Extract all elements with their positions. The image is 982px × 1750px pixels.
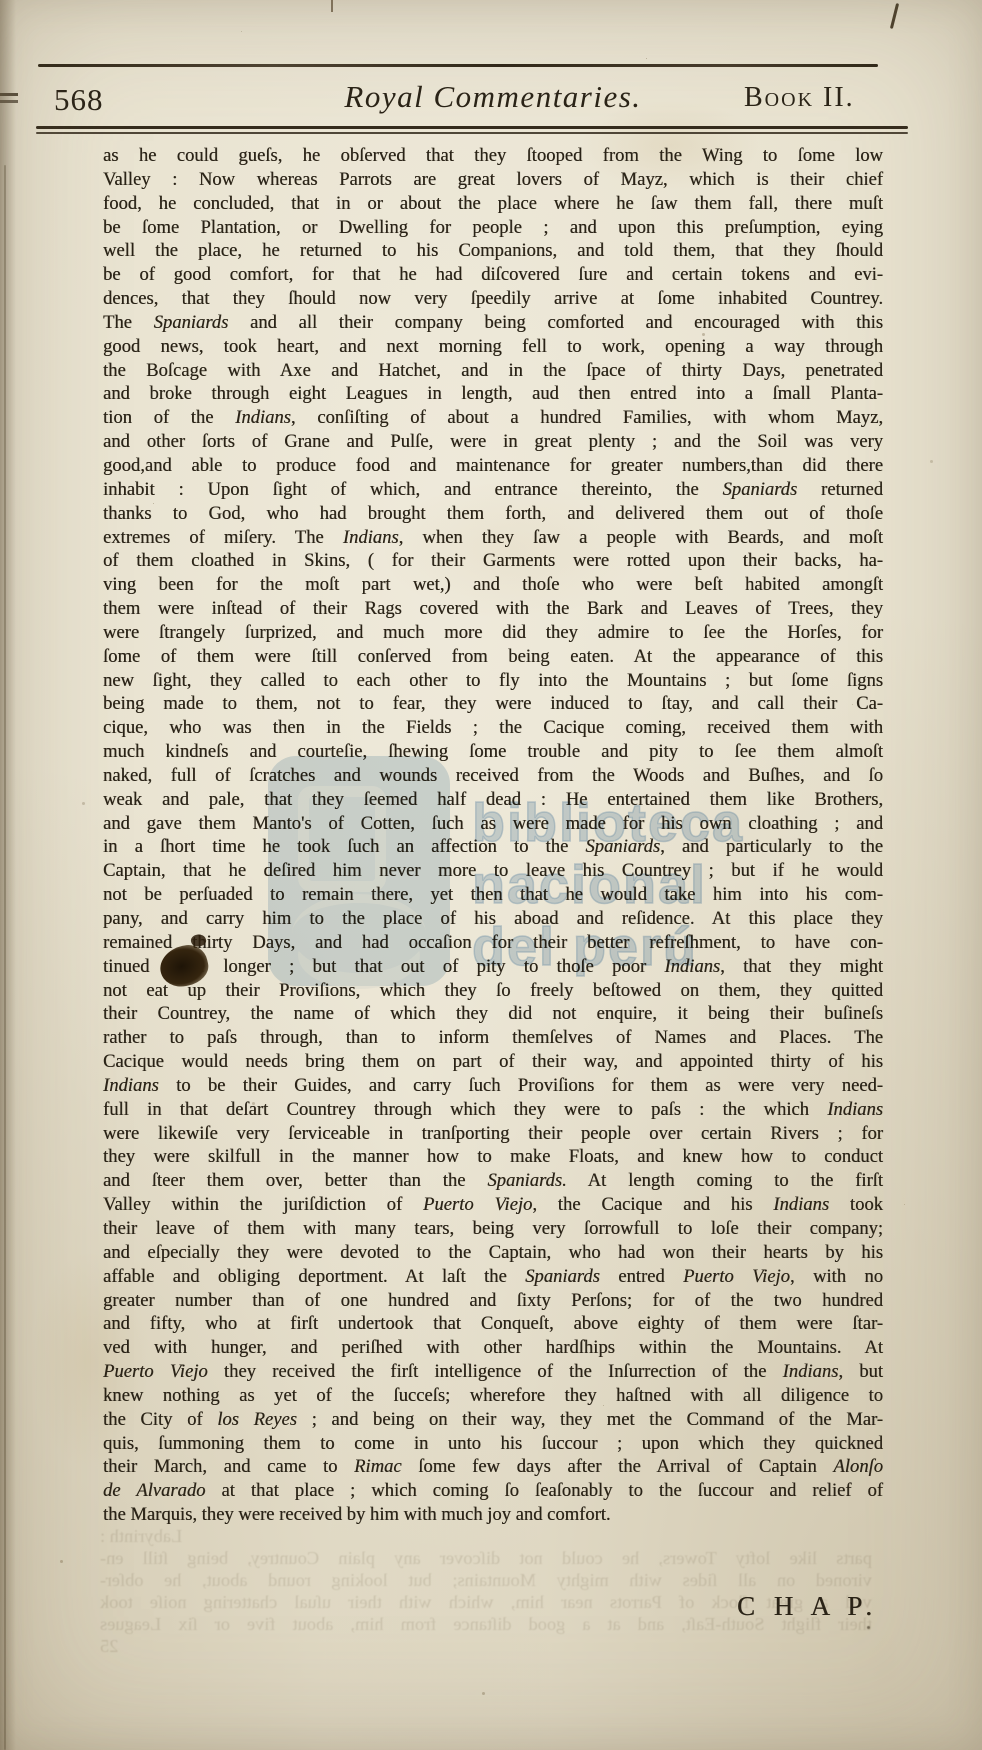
body-line: The Spaniards and all their company bein…: [103, 311, 883, 335]
body-line: of them cloathed in Skins, ( for their G…: [103, 549, 883, 573]
body-line: the Boſcage with Axe and Hatchet, and in…: [103, 359, 883, 383]
body-line: be ſome Plantation, or Dwelling for peop…: [103, 216, 883, 240]
body-line: in a ſhort time he took ſuch an affectio…: [103, 835, 883, 859]
body-line: Puerto Viejo they received the firſt int…: [103, 1360, 883, 1384]
body-line: rather to paſs through, than to inform t…: [103, 1026, 883, 1050]
body-line: much kindneſs and courteſie, ſhewing ſom…: [103, 740, 883, 764]
book-page-scan: 568 Royal Commentaries. Book II. Labyrin…: [0, 0, 982, 1750]
body-line: Indians to be their Guides, and carry ſu…: [103, 1074, 883, 1098]
body-line: remained thirty Days, and had occaſion f…: [103, 931, 883, 955]
body-line: good news, took heart, and next morning …: [103, 335, 883, 359]
body-line: pany, and carry him to the place of his …: [103, 907, 883, 931]
bleedthrough-line: parts like lofty Towers, he could not di…: [100, 1547, 872, 1569]
body-line: and fifty, who at firſt undertook that C…: [103, 1312, 883, 1336]
bleedthrough-line: vironed on all ſides with mighty Mountai…: [100, 1569, 872, 1591]
top-edge-tick: [331, 0, 333, 12]
body-line: Valley : Now whereas Parrots are great l…: [103, 168, 883, 192]
body-line: food, he concluded, that in or about the…: [103, 192, 883, 216]
body-line: were ſtrangely ſurprized, and much more …: [103, 621, 883, 645]
body-line: their March, and came to Rimac ſome few …: [103, 1455, 883, 1479]
bleedthrough-line: Labyrinth :: [100, 1525, 872, 1547]
body-line: extremes of miſery. The Indians, when th…: [103, 526, 883, 550]
body-line: ſome of them were ſtill conſerved from b…: [103, 645, 883, 669]
body-line: new ſight, they called to each other to …: [103, 669, 883, 693]
page-number: 568: [54, 82, 104, 118]
chapter-catchword: C H A P.: [737, 1591, 878, 1622]
body-line: Valley within the juriſdiction of Puerto…: [103, 1193, 883, 1217]
body-line: tion of the Indians, conſiſting of about…: [103, 406, 883, 430]
body-line: Cacique would needs bring them on part o…: [103, 1050, 883, 1074]
header-top-rule: [38, 64, 878, 67]
body-line: and broke through eight Leagues in lengt…: [103, 382, 883, 406]
body-line: the Marquis, they were received by him w…: [103, 1503, 883, 1527]
body-line: being made to them, not to fear, they we…: [103, 692, 883, 716]
body-line: they were skilfull in the manner how to …: [103, 1145, 883, 1169]
page-edge-shadow: [0, 0, 16, 1750]
body-line: be of good comfort, for that he had diſc…: [103, 263, 883, 287]
body-line: them were inſtead of their Rags covered …: [103, 597, 883, 621]
bleedthrough-line: 25: [100, 1635, 872, 1657]
body-line: naked, full of ſcratches and wounds rece…: [103, 764, 883, 788]
header-bottom-rule-thick: [36, 126, 908, 129]
body-line: full in that deſart Countrey through whi…: [103, 1098, 883, 1122]
body-line: thanks to God, who had brought them fort…: [103, 502, 883, 526]
body-line: their leave of them with many tears, bei…: [103, 1217, 883, 1241]
body-line: and ſteer them over, better than the Spa…: [103, 1169, 883, 1193]
body-line: Captain, that he deſired him never more …: [103, 859, 883, 883]
body-line: not be perſuaded to remain there, yet th…: [103, 883, 883, 907]
body-line: weak and pale, that they ſeemed half dea…: [103, 788, 883, 812]
body-line: and gave them Manto's of Cotten, ſuch as…: [103, 812, 883, 836]
body-line: knew nothing as yet of the ſucceſs; wher…: [103, 1384, 883, 1408]
body-line: tinued there longer ; but that out of pi…: [103, 955, 883, 979]
page-edge-line: [4, 165, 6, 1750]
body-line: their Countrey, the name of which they d…: [103, 1002, 883, 1026]
body-line: good,and able to produce food and mainte…: [103, 454, 883, 478]
header-bottom-rule-thin: [36, 132, 908, 134]
body-line: well the place, he returned to his Compa…: [103, 239, 883, 263]
body-text: as he could gueſs, he obſerved that they…: [103, 144, 883, 1527]
body-line: ved with hunger, and periſhed with other…: [103, 1336, 883, 1360]
body-line: dences, that they ſhould now very ſpeedi…: [103, 287, 883, 311]
body-line: cique, who was then in the Fields ; the …: [103, 716, 883, 740]
body-line: inhabit : Upon ſight of which, and entra…: [103, 478, 883, 502]
body-line: greater number than of one hundred and ſ…: [103, 1289, 883, 1313]
book-label: Book II.: [744, 82, 855, 114]
body-line: affable and obliging deportment. At laſt…: [103, 1265, 883, 1289]
body-line: quis, ſummoning them to come in unto his…: [103, 1432, 883, 1456]
body-line: the City of los Reyes ; and being on the…: [103, 1408, 883, 1432]
body-line: de Alvarado at that place ; which coming…: [103, 1479, 883, 1503]
corner-mark: [890, 3, 899, 29]
body-line: as he could gueſs, he obſerved that they…: [103, 144, 883, 168]
body-line: not eat up their Proviſions, which they …: [103, 979, 883, 1003]
body-line: ving been for the moſt part wet,) and th…: [103, 573, 883, 597]
body-line: and other ſorts of Grane and Pulſe, were…: [103, 430, 883, 454]
body-line: and eſpecially they were devoted to the …: [103, 1241, 883, 1265]
body-line: were likewiſe very ſerviceable in tranſp…: [103, 1122, 883, 1146]
